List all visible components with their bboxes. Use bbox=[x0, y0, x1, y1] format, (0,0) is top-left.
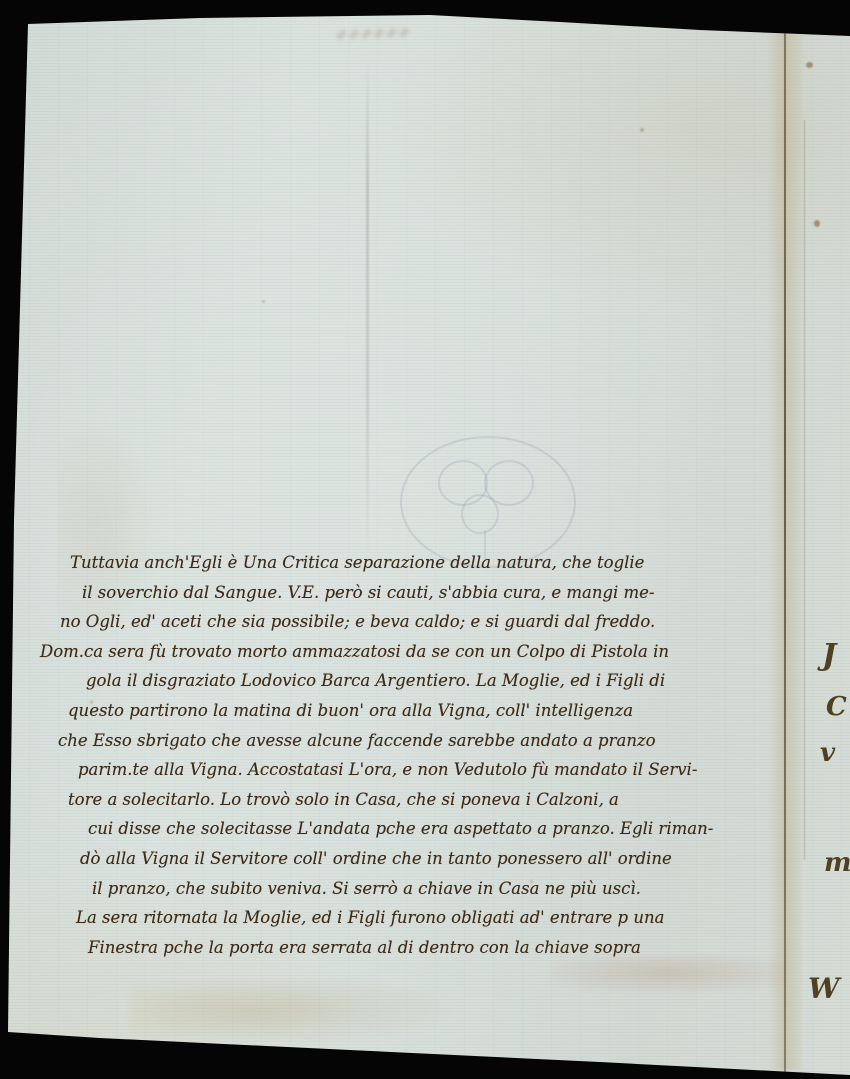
page-fold-line bbox=[784, 22, 786, 1072]
foxing-spot bbox=[806, 62, 813, 68]
ink-showthrough-top: ∿∿∿∿∿∿ bbox=[241, 23, 412, 63]
manuscript-line: dò alla Vigna il Servitore coll' ordine … bbox=[80, 844, 780, 874]
manuscript-line: tore a solecitarlo. Lo trovò solo in Cas… bbox=[68, 785, 780, 815]
foxing-spot bbox=[814, 220, 820, 227]
watermark-circle bbox=[461, 494, 499, 534]
foxing-spot bbox=[530, 880, 533, 883]
manuscript-line: Dom.ca sera fù trovato morto ammazzatosi… bbox=[40, 637, 780, 667]
manuscript-line: il soverchio dal Sangue. V.E. però si ca… bbox=[82, 578, 780, 608]
adjacent-page-pen-stroke: W bbox=[808, 972, 839, 1005]
adjacent-page-pen-stroke: m bbox=[824, 848, 850, 878]
scan-background: ∿∿∿∿∿∿ Tuttavia anch'Egli è Una Critica … bbox=[0, 0, 850, 1079]
manuscript-line: cui disse che solecitasse L'andata pche … bbox=[88, 814, 780, 844]
secondary-crease bbox=[804, 120, 805, 860]
manuscript-line: che Esso sbrigato che avesse alcune facc… bbox=[58, 726, 780, 756]
manuscript-line: questo partirono la matina di buon' ora … bbox=[68, 696, 780, 726]
foxing-spot bbox=[262, 300, 265, 303]
vertical-fold-crease bbox=[366, 60, 369, 560]
reverse-ink-smudge bbox=[130, 980, 460, 1040]
foxing-spot bbox=[90, 700, 93, 704]
adjacent-page-pen-stroke: J bbox=[822, 638, 836, 673]
manuscript-line: gola il disgraziato Lodovico Barca Argen… bbox=[86, 666, 780, 696]
manuscript-line: La sera ritornata la Moglie, ed i Figli … bbox=[76, 903, 780, 933]
manuscript-line: Tuttavia anch'Egli è Una Critica separaz… bbox=[70, 548, 780, 578]
paper-sheet: ∿∿∿∿∿∿ Tuttavia anch'Egli è Una Critica … bbox=[0, 0, 850, 1079]
manuscript-line: no Ogli, ed' aceti che sia possibile; e … bbox=[60, 607, 780, 637]
manuscript-line: Finestra pche la porta era serrata al di… bbox=[88, 933, 780, 963]
adjacent-page-pen-stroke: v bbox=[820, 738, 835, 768]
foxing-spot bbox=[640, 128, 644, 132]
adjacent-page-pen-stroke: C bbox=[826, 692, 847, 722]
manuscript-line: il pranzo, che subito veniva. Si serrò a… bbox=[92, 874, 780, 904]
manuscript-text-block: Tuttavia anch'Egli è Una Critica separaz… bbox=[40, 548, 780, 962]
manuscript-line: parim.te alla Vigna. Accostatasi L'ora, … bbox=[78, 755, 780, 785]
